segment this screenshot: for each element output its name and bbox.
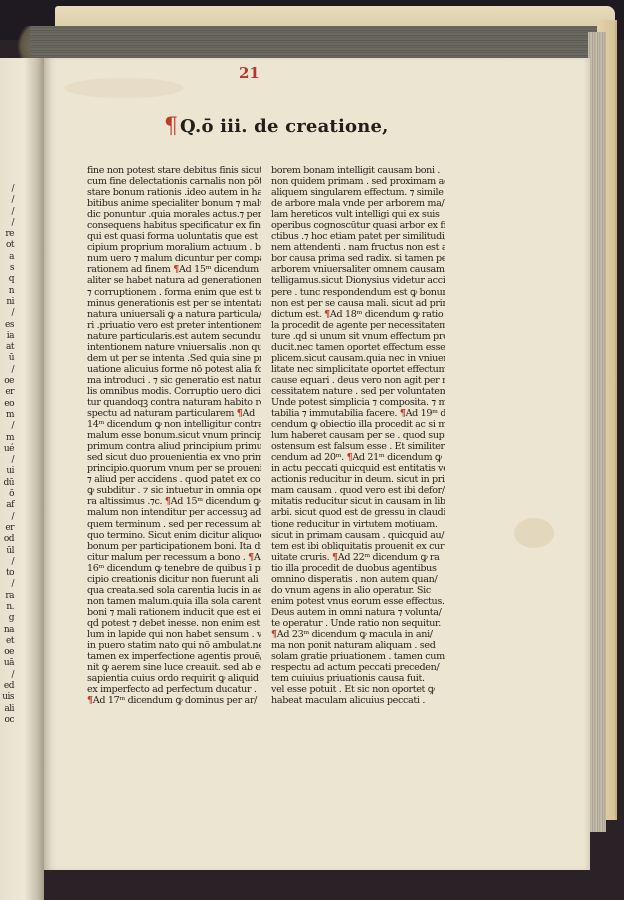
facing-page-fragment: ū — [0, 353, 14, 364]
text-line: de arbore mala vnde per arborem ma/ — [271, 198, 445, 209]
rubrication-mark-icon: ¶ — [332, 552, 338, 563]
rubrication-mark-icon: ¶ — [237, 408, 243, 419]
facing-page-fragment: at — [0, 342, 14, 353]
text-line: natura uniuersali ꝙ a natura particula/ — [87, 309, 261, 320]
text-line: vel esse potuit . Et sic non oportet ꝙ — [271, 684, 445, 695]
text-line: nit ꝙ aerem sine luce creauit. sed ab ei… — [87, 662, 261, 673]
rubrication-mark-icon: ¶ — [248, 552, 254, 563]
text-line: tamen ex imperfectione agentis prouē/ — [87, 651, 261, 662]
text-line: aliter se habet natura ad generationem — [87, 275, 261, 286]
text-line: ꝙ subditur . ⁊ sic intuetur in omnia ope — [87, 485, 261, 496]
rubrication-mark-icon: ¶ — [324, 309, 330, 320]
text-line: intentionem nature vniuersalis .non qui — [87, 342, 261, 353]
facing-page-fragment: od — [0, 534, 14, 545]
facing-page-fragment: n. — [0, 602, 14, 613]
text-line: arbi. sicut quod est de gressu in claudi… — [271, 507, 445, 518]
text-line: sed sicut duo prouenientia ex vno primo — [87, 452, 261, 463]
text-line: habeat maculam alicuius peccati . — [271, 695, 445, 706]
rubrication-mark-icon: ¶ — [271, 629, 277, 640]
facing-page-fragment: ia — [0, 331, 14, 342]
text-line: ¶Ad 23ᵐ dicendum ꝙ macula in ani/ — [271, 629, 445, 640]
page-block-fore-edge — [588, 32, 606, 832]
text-line: bonum per participationem boni. Ita di — [87, 541, 261, 552]
facing-page-fragment: uis — [0, 692, 14, 703]
facing-page-fragment: / — [0, 421, 14, 432]
facing-page-fragment: / — [0, 455, 14, 466]
facing-page-fragment: oe — [0, 376, 14, 387]
text-line: cipio creationis dicitur non fuerunt ali — [87, 574, 261, 585]
text-line: mam causam . quod vero est ibi defor/ — [271, 485, 445, 496]
text-line: aliquem singularem effectum. ⁊ simile es… — [271, 187, 445, 198]
facing-page-fragment: dū — [0, 478, 14, 489]
text-line: tabilia ⁊ immutabilia facere. ¶Ad 19ᵐ di — [271, 408, 445, 419]
facing-page-fragment: / — [0, 579, 14, 590]
text-line: cessitatem nature . sed per voluntatem . — [271, 386, 445, 397]
text-line: fine non potest stare debitus finis sicu… — [87, 165, 261, 176]
recto-page: 21 ¶ Q.ō iii. de creatione, fine non pot… — [44, 58, 590, 870]
paper-stain — [64, 78, 184, 98]
text-line: in puero statim nato qui nō ambulat.nec — [87, 640, 261, 651]
text-line: solam gratie priuationem . tamen cum — [271, 651, 445, 662]
facing-page-fragment: q — [0, 274, 14, 285]
text-line: Deus autem in omni natura ⁊ volunta/ — [271, 607, 445, 618]
text-line: tur quandoqꝫ contra naturam habito re — [87, 397, 261, 408]
text-line: uatione alicuius forme nō potest alia fo… — [87, 364, 261, 375]
text-line: in actu peccati quicquid est entitatis v… — [271, 463, 445, 474]
text-line: do vnum agens in alio operatur. Sic — [271, 585, 445, 596]
text-line: sicut in primam causam . quicquid au/ — [271, 530, 445, 541]
text-line: 16ᵐ dicendum ꝙ tenebre de quibus ī priū — [87, 563, 261, 574]
text-line: ducit.nec tamen oportet effectum esse si… — [271, 342, 445, 353]
facing-page-fragment: ot — [0, 240, 14, 251]
text-line: ex imperfecto ad perfectum ducatur . — [87, 684, 261, 695]
text-line: lam hereticos vult intelligi qui ex suis — [271, 209, 445, 220]
rubrication-mark-icon: ¶ — [173, 264, 179, 275]
text-line: stare bonum rationis .ideo autem in ha/ — [87, 187, 261, 198]
text-line: 14ᵐ dicendum ꝙ non intelligitur contra — [87, 419, 261, 430]
folio-number: 21 — [239, 64, 260, 82]
rubrication-mark-icon: ¶ — [87, 695, 93, 706]
text-line: pere . tunc respondendum est ꝙ bonum — [271, 287, 445, 298]
text-line: la procedit de agente per necessitatem n… — [271, 320, 445, 331]
facing-page-fragment: er — [0, 523, 14, 534]
facing-page-fragment: ed — [0, 681, 14, 692]
text-line: borem bonam intelligit causam boni . — [271, 165, 445, 176]
facing-page-fragment: / — [0, 207, 14, 218]
facing-page-fragment: ūl — [0, 546, 14, 557]
facing-page-fragment: m — [0, 410, 14, 421]
facing-page-fragment: / — [0, 184, 14, 195]
facing-page-fragment: ui — [0, 466, 14, 477]
text-line: malum esse bonum.sicut vnum principiū — [87, 430, 261, 441]
text-line: lum haberet causam per se . quod supra — [271, 430, 445, 441]
text-line: rationem ad finem ¶Ad 15ᵐ dicendum ꝙ — [87, 264, 261, 275]
text-line: bor causa prima sed radix. si tamen per — [271, 253, 445, 264]
text-line: cendum ꝙ obiectio illa procedit ac si ma — [271, 419, 445, 430]
facing-page-fragment: ni — [0, 297, 14, 308]
facing-page-fragment: uā — [0, 658, 14, 669]
facing-page-fragment: / — [0, 195, 14, 206]
facing-page-fragment: s — [0, 263, 14, 274]
text-line: actionis reducitur in deum. sicut in pri… — [271, 474, 445, 485]
facing-page-fragment: / — [0, 557, 14, 568]
facing-page-left: ////reotasqnni/esiaatū/oeereom/mué/uidūō… — [0, 58, 44, 900]
rubrication-mark-icon: ¶ — [347, 452, 353, 463]
facing-page-fragment: n — [0, 286, 14, 297]
facing-page-fragment: m — [0, 433, 14, 444]
text-line: dic ponuntur .quia morales actus.⁊ per — [87, 209, 261, 220]
text-line: Unde potest simplicia ⁊ composita. ⁊ mu — [271, 397, 445, 408]
text-line: telligamus.sicut Dionysius videtur acci — [271, 275, 445, 286]
rubrication-mark-icon: ¶ — [400, 408, 406, 419]
text-line: num uero ⁊ malum dicuntur per compa/ — [87, 253, 261, 264]
text-line: ostensum est falsum esse . Et similiter … — [271, 441, 445, 452]
text-line: enim potest vnus eorum esse effectus. — [271, 596, 445, 607]
text-line: cipium proprium moralium actuum . bo/ — [87, 242, 261, 253]
facing-page-fragment: af — [0, 500, 14, 511]
facing-page-fragment: es — [0, 320, 14, 331]
text-line: non tamen malum.quia illa sola carentia — [87, 596, 261, 607]
text-line: principio.quorum vnum per se prouenit — [87, 463, 261, 474]
facing-page-fragment: / — [0, 308, 14, 319]
facing-page-fragment: oc — [0, 715, 14, 726]
facing-page-fragment: a — [0, 252, 14, 263]
text-line: uitate cruris. ¶Ad 22ᵐ dicendum ꝙ ra — [271, 552, 445, 563]
text-line: primum contra aliud principium primuꝫ — [87, 441, 261, 452]
facing-page-fragment: na — [0, 625, 14, 636]
facing-page-fragment: ué — [0, 444, 14, 455]
text-line: tem est ibi obliquitatis prouenit ex cur — [271, 541, 445, 552]
text-line: quem terminum . sed per recessum ab ali — [87, 519, 261, 530]
text-line: qua creata.sed sola carentia lucis in ae… — [87, 585, 261, 596]
text-line: ra altissimus .⁊c. ¶Ad 15ᵐ dicendum ꝙ — [87, 496, 261, 507]
text-line: operibus cognoscūtur quasi arbor ex fru — [271, 220, 445, 231]
facing-page-text-fragments: ////reotasqnni/esiaatū/oeereom/mué/uidūō… — [0, 184, 14, 726]
text-line: plicem.sicut causam.quia nec in vniuersa — [271, 353, 445, 364]
facing-page-fragment: to — [0, 568, 14, 579]
text-line: quo termino. Sicut enim dicitur aliquod — [87, 530, 261, 541]
text-line: lum in lapide qui non habet sensum . vel — [87, 629, 261, 640]
rubrication-mark-icon: ¶ — [165, 496, 171, 507]
facing-page-fragment: ō — [0, 489, 14, 500]
facing-page-fragment: / — [0, 365, 14, 376]
text-line: tem cuiuius priuationis causa fuit. — [271, 673, 445, 684]
facing-page-fragment: g — [0, 613, 14, 624]
text-line: sapientia cuius ordo requirit ꝙ aliquid — [87, 673, 261, 684]
text-line: ⁊ aliud per accidens . quod patet ex co — [87, 474, 261, 485]
text-line: mitatis reducitur sicut in causam in lib… — [271, 496, 445, 507]
text-line: spectu ad naturam particularem ¶Ad — [87, 408, 261, 419]
facing-page-fragment: eo — [0, 399, 14, 410]
text-line: ⁊ corruptionem . forma enim que est ter — [87, 287, 261, 298]
facing-page-fragment: ali — [0, 704, 14, 715]
text-line: nature particularis.est autem secundum — [87, 331, 261, 342]
facing-page-fragment: / — [0, 670, 14, 681]
facing-page-fragment: re — [0, 229, 14, 240]
text-line: cum fine delectationis carnalis non pōt — [87, 176, 261, 187]
text-line: te operatur . Unde ratio non sequitur. — [271, 618, 445, 629]
page-block-top-edge — [30, 26, 602, 60]
text-line: qui est quasi forma uoluntatis que est p… — [87, 231, 261, 242]
text-column-right: borem bonam intelligit causam boni .non … — [271, 165, 445, 706]
text-line: consequens habitus specificatur ex fine. — [87, 220, 261, 231]
text-line: ¶Ad 17ᵐ dicendum ꝙ dominus per ar/ — [87, 695, 261, 706]
text-line: nem attendenti . nam fructus non est ar/ — [271, 242, 445, 253]
facing-page-fragment: oe — [0, 647, 14, 658]
text-line: lis omnibus modis. Corruptio uero dici — [87, 386, 261, 397]
text-column-left: fine non potest stare debitus finis sicu… — [87, 165, 261, 706]
header-title: Q.ō iii. de creatione, — [180, 116, 389, 137]
text-line: citur malum per recessum a bono . ¶Ad — [87, 552, 261, 563]
text-line: minus generationis est per se intentata … — [87, 298, 261, 309]
text-line: malum non intenditur per accessuꝫ ad ali — [87, 507, 261, 518]
text-line: arborem vniuersaliter omnem causam in — [271, 264, 445, 275]
facing-page-fragment: et — [0, 636, 14, 647]
facing-page-fragment: / — [0, 512, 14, 523]
text-line: ture .qḋ si unum sit vnum effectum pro/ — [271, 331, 445, 342]
text-line: ma non ponit naturam aliquam . sed — [271, 640, 445, 651]
text-line: cause equari . deus vero non agit per ne — [271, 375, 445, 386]
text-line: tio illa procedit de duobus agentibus — [271, 563, 445, 574]
facing-page-fragment: / — [0, 218, 14, 229]
text-line: litate nec simplicitate oportet effectum — [271, 364, 445, 375]
text-line: qḋ potest ⁊ debet inesse. non enim est m… — [87, 618, 261, 629]
text-line: boni ⁊ mali rationem inducit que est eiu… — [87, 607, 261, 618]
scan-background-bottom — [44, 870, 624, 900]
running-header: ¶ Q.ō iii. de creatione, — [164, 116, 389, 137]
paragraph-mark-icon: ¶ — [164, 117, 178, 137]
text-line: non quidem primam . sed proximam ad — [271, 176, 445, 187]
text-line: non est per se causa mali. sicut ad prim… — [271, 298, 445, 309]
text-line: omnino disperatis . non autem quan/ — [271, 574, 445, 585]
facing-page-fragment: er — [0, 387, 14, 398]
text-line: bitibus anime specialiter bonum ⁊ malus — [87, 198, 261, 209]
text-line: ri .priuatio vero est preter intentionem — [87, 320, 261, 331]
paper-stain — [514, 518, 554, 548]
text-line: tione reducitur in virtutem motiuam. — [271, 519, 445, 530]
text-line: dictum est. ¶Ad 18ᵐ dicendum ꝙ ratio il — [271, 309, 445, 320]
text-line: dem ut per se intenta .Sed quia sine pri — [87, 353, 261, 364]
text-line: ctibus .⁊ hoc etiam patet per similitudi… — [271, 231, 445, 242]
facing-page-fragment: ra — [0, 591, 14, 602]
text-line: cendum ad 20ᵐ. ¶Ad 21ᵐ dicendum ꝙ — [271, 452, 445, 463]
text-line: ma introduci . ⁊ sic generatio est natur… — [87, 375, 261, 386]
text-line: respectu ad actum peccati preceden/ — [271, 662, 445, 673]
